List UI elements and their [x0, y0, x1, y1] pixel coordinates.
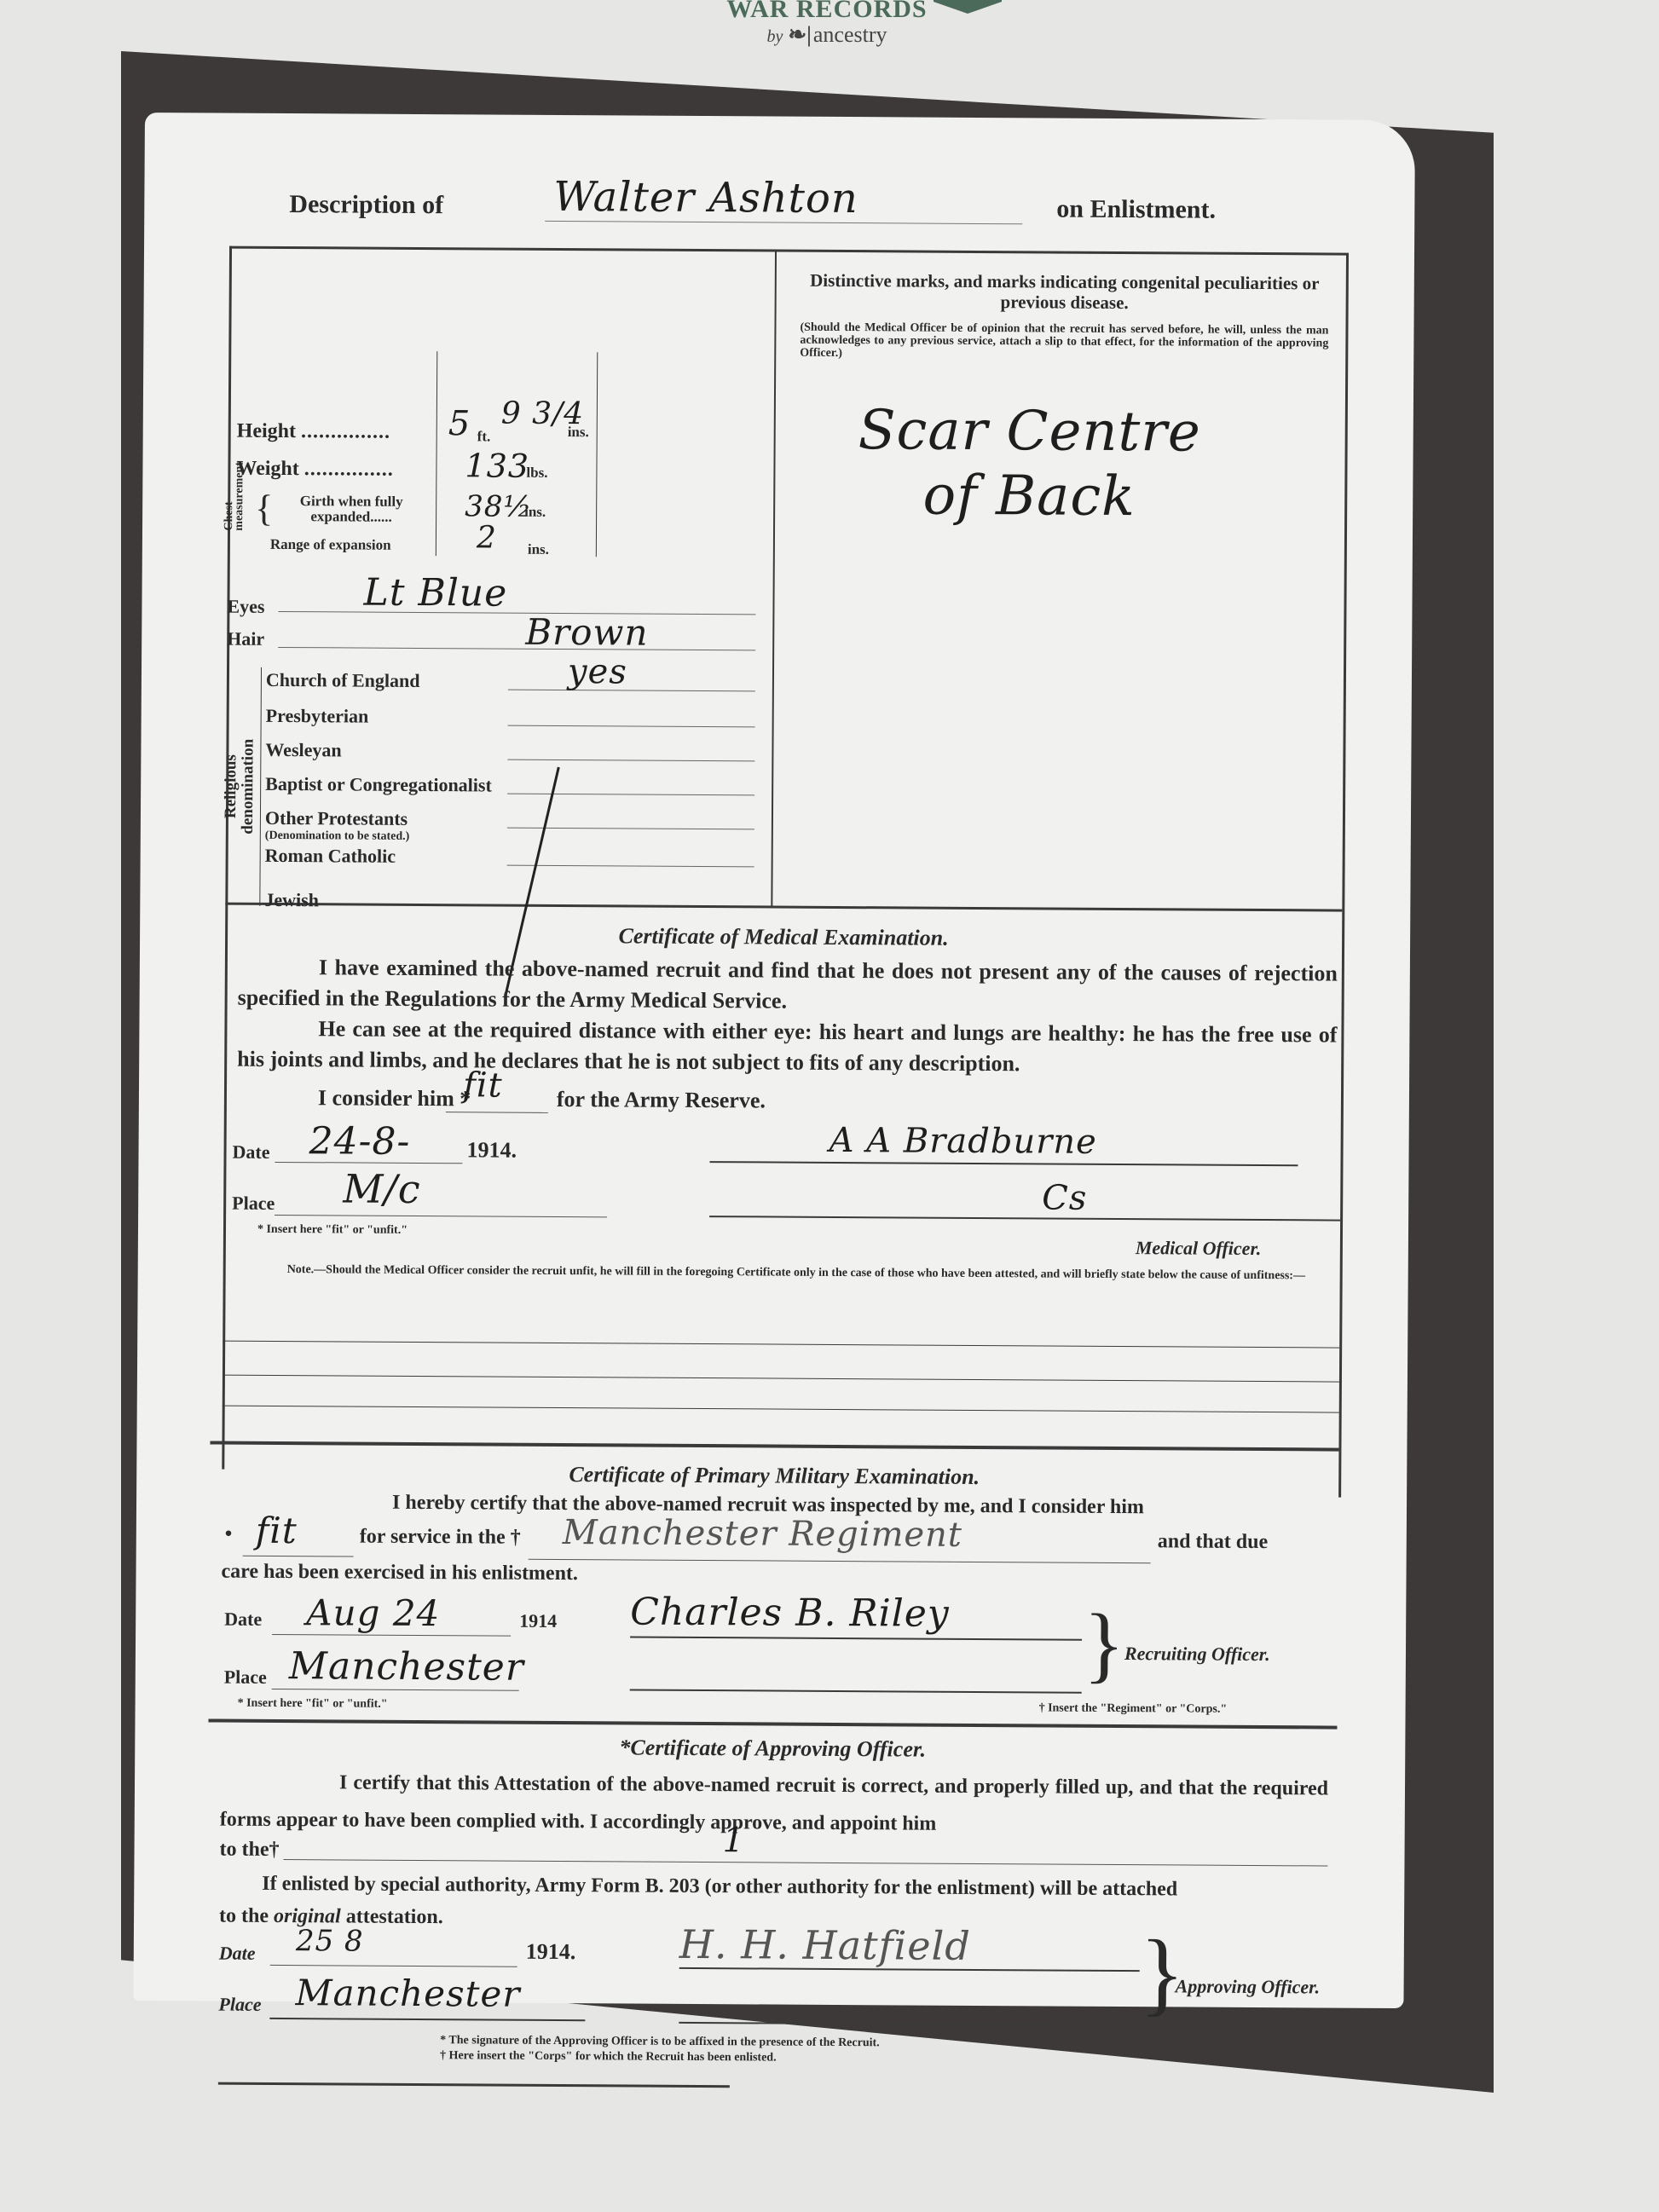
- marks-heading: Distinctive marks, and marks indicating …: [801, 270, 1329, 315]
- religion-label-text: Roman Catholic: [265, 845, 396, 867]
- height-label: Height ...............: [237, 420, 390, 444]
- height-ft-unit: ft.: [477, 428, 491, 445]
- medical-note: Note.—Should the Medical Officer conside…: [232, 1262, 1340, 1284]
- primary-signature: Charles B. Riley: [630, 1591, 950, 1636]
- approving-date-label: Date: [219, 1943, 256, 1965]
- religion-label-text: Wesleyan: [265, 739, 341, 761]
- religion-row: Baptist or Congregationalist: [265, 773, 492, 797]
- marks-value: Scar Centre of Back: [824, 398, 1234, 530]
- primary-place-label: Place: [224, 1666, 267, 1689]
- range-value: 2: [477, 520, 497, 555]
- medical-para2: He can see at the required distance with…: [237, 1014, 1337, 1082]
- girth-value: 38½: [465, 489, 532, 523]
- religion-label-text: Other Protestants: [265, 807, 408, 829]
- medical-para1: I have examined the above-named recruit …: [238, 952, 1338, 1020]
- consider-value: fit: [463, 1066, 503, 1105]
- ancestry-leaf-icon: ❧|: [788, 22, 812, 48]
- chest-label: Chest measurement: [224, 463, 245, 531]
- religion-label-text: Presbyterian: [266, 705, 369, 727]
- medical-place-value: M/c: [343, 1165, 421, 1212]
- approving-signature: H. H. Hatfield: [679, 1921, 971, 1969]
- medical-signature-line2: Cs: [1042, 1178, 1087, 1217]
- hair-value: Brown: [525, 611, 649, 654]
- approving-footnote2: † Here insert the "Corps" for which the …: [440, 2049, 777, 2065]
- religion-row: Presbyterian: [266, 705, 369, 728]
- enlistment-form: Description of Walter Ashton on Enlistme…: [133, 113, 1415, 2008]
- medical-place-label: Place: [232, 1193, 275, 1215]
- height-ft-value: 5: [448, 404, 471, 443]
- consider-suffix: for the Army Reserve.: [557, 1087, 766, 1113]
- approving-brace-icon: }: [1139, 1926, 1184, 2019]
- approving-corps-mark: 1: [722, 1821, 745, 1860]
- religion-label-text: Baptist or Congregationalist: [265, 773, 492, 796]
- religion-row: Jewish: [264, 889, 319, 911]
- girth-label: Girth when fully expanded......: [270, 494, 432, 525]
- approving-signer-title: Approving Officer.: [1176, 1975, 1321, 1998]
- recruiting-brace-icon: }: [1084, 1602, 1125, 1687]
- approving-to-the: to the†: [219, 1839, 279, 1862]
- medical-title: Certificate of Medical Examination.: [225, 921, 1342, 954]
- approving-footnote1: * The signature of the Approving Officer…: [440, 2034, 880, 2050]
- hair-label: Hair: [227, 628, 264, 650]
- range-label: Range of expansion: [270, 536, 391, 554]
- religion-label-text: Jewish: [264, 889, 319, 910]
- chevron-badge-icon: [934, 0, 1002, 14]
- primary-para-end2: care has been exercised in his enlistmen…: [221, 1561, 578, 1586]
- weight-value: 133: [465, 447, 529, 484]
- approving-date-year: 1914.: [526, 1939, 576, 1965]
- heading-prefix: Description of: [289, 190, 443, 220]
- religion-row: Church of England: [266, 669, 420, 692]
- primary-para-end1: and that due: [1158, 1530, 1269, 1554]
- primary-regiment-note: † Insert the "Regiment" or "Corps.": [1039, 1701, 1228, 1716]
- approving-title: *Certificate of Approving Officer.: [208, 1732, 1337, 1764]
- medical-date-value: 24-8-: [309, 1119, 410, 1164]
- eyes-value: Lt Blue: [363, 571, 507, 615]
- religion-label: Religious denomination: [223, 710, 257, 863]
- religion-row: Roman Catholic: [265, 845, 396, 868]
- primary-place-value: Manchester: [289, 1644, 524, 1689]
- primary-service-text: for service in the †: [360, 1526, 521, 1550]
- height-in-unit: ins.: [568, 424, 589, 441]
- weight-unit: lbs.: [526, 465, 547, 482]
- eyes-label: Eyes: [227, 596, 264, 618]
- primary-insert-note: * Insert here "fit" or "unfit.": [238, 1697, 388, 1712]
- byline-text: by: [766, 27, 783, 46]
- approving-para2: If enlisted by special authority, Army F…: [262, 1873, 1327, 1903]
- provider-name: ancestry: [813, 22, 887, 47]
- primary-date-label: Date: [224, 1608, 262, 1631]
- recruit-name: Walter Ashton: [553, 173, 858, 222]
- consider-prefix: I consider him *: [318, 1085, 471, 1112]
- marks-note: (Should the Medical Officer be of opinio…: [800, 321, 1328, 363]
- range-unit: ins.: [528, 541, 549, 558]
- brand-byline: by❧|ancestry: [648, 22, 1006, 48]
- primary-title: Certificate of Primary Military Examinat…: [210, 1459, 1338, 1492]
- religion-row: Wesleyan: [265, 739, 341, 762]
- medical-signer-title: Medical Officer.: [1136, 1237, 1262, 1260]
- primary-date-year: 1914: [519, 1610, 557, 1632]
- approving-place-label: Place: [218, 1994, 261, 2016]
- medical-date-label: Date: [232, 1141, 269, 1164]
- medical-signature: A A Bradburne: [829, 1121, 1097, 1162]
- girth-unit: ins.: [524, 504, 546, 521]
- heading-suffix: on Enlistment.: [1056, 195, 1216, 225]
- primary-fit-value: fit: [256, 1510, 298, 1551]
- medical-date-year: 1914.: [466, 1137, 517, 1163]
- approving-place-value: Manchester: [295, 1972, 520, 2015]
- primary-bullet: •: [225, 1523, 233, 1546]
- primary-signer-title: Recruiting Officer.: [1124, 1643, 1270, 1666]
- weight-label: Weight ...............: [236, 458, 394, 482]
- religion-value: yes: [568, 652, 627, 691]
- approving-para1: I certify that this Attestation of the a…: [220, 1764, 1329, 1845]
- religion-row: Other Protestants: [265, 807, 408, 830]
- primary-regiment-value: Manchester Regiment: [563, 1513, 962, 1555]
- primary-date-value: Aug 24: [306, 1591, 440, 1634]
- approving-date-value: 25 8: [296, 1924, 364, 1958]
- denomination-note: (Denomination to be stated.): [265, 829, 410, 844]
- medical-insert-note: * Insert here "fit" or "unfit.": [257, 1223, 408, 1238]
- war-records-branding: WAR RECORDS by❧|ancestry: [648, 0, 1006, 48]
- religion-label-text: Church of England: [266, 669, 420, 691]
